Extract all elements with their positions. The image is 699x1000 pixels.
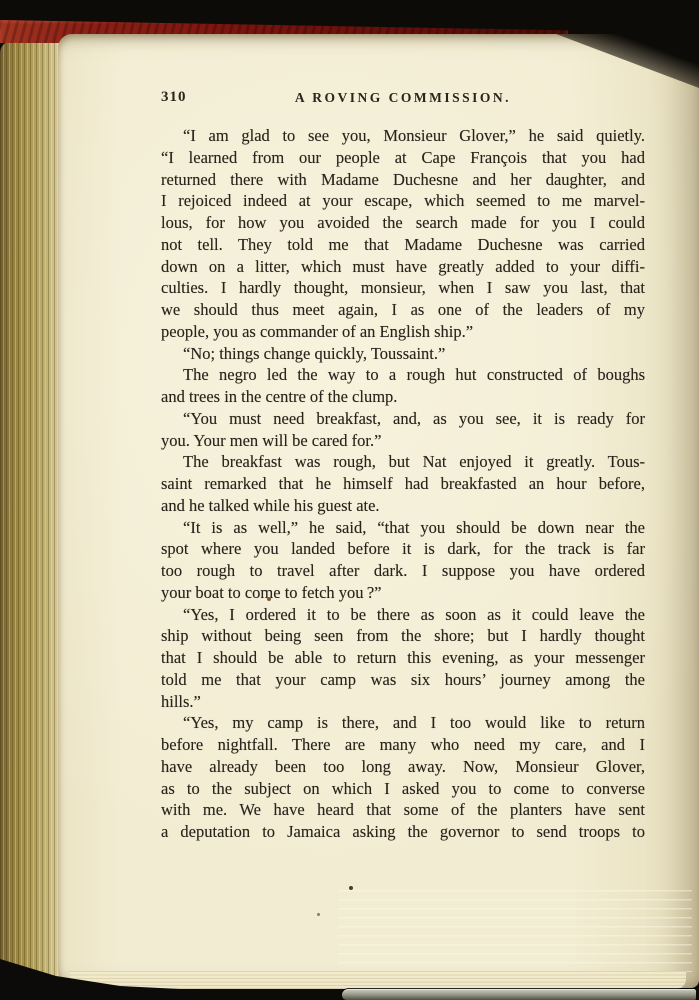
text-line: “Yes, my camp is there, and I too would … <box>161 712 645 734</box>
ink-speck <box>267 597 271 601</box>
text-line: “Yes, I ordered it to be there as soon a… <box>161 604 645 626</box>
text-line: you. Your men will be cared for.” <box>161 430 645 452</box>
text-line: hills.” <box>161 691 645 713</box>
text-line: have already been too long away. Now, Mo… <box>161 756 645 778</box>
page-edge-streaks <box>338 890 692 972</box>
ink-speck <box>317 913 320 916</box>
text-line: told me that your camp was six hours’ jo… <box>161 669 645 691</box>
text-line: down on a litter, which must have greatl… <box>161 256 645 278</box>
text-line: your boat to come to fetch you ?” <box>161 582 645 604</box>
text-line: “No; things change quickly, Toussaint.” <box>161 343 645 365</box>
text-line: culties. I hardly thought, monsieur, whe… <box>161 277 645 299</box>
text-line: before nightfall. There are many who nee… <box>161 734 645 756</box>
text-line: ship without being seen from the shore; … <box>161 625 645 647</box>
text-line: “I am glad to see you, Monsieur Glover,”… <box>161 125 645 147</box>
text-line: lous, for how you avoided the search mad… <box>161 212 645 234</box>
text-line: The negro led the way to a rough hut con… <box>161 364 645 386</box>
book-cradle-bar <box>342 989 696 1000</box>
text-block: “I am glad to see you, Monsieur Glover,”… <box>161 125 645 843</box>
text-line: “You must need breakfast, and, as you se… <box>161 408 645 430</box>
text-line: “It is as well,” he said, “that you shou… <box>161 517 645 539</box>
text-line: saint remarked that he himself had break… <box>161 473 645 495</box>
text-line: spot where you landed before it is dark,… <box>161 538 645 560</box>
text-line: a deputation to Jamaica asking the gover… <box>161 821 645 843</box>
bottom-page-edges <box>70 971 686 989</box>
text-line: and trees in the centre of the clump. <box>161 386 645 408</box>
text-line: The breakfast was rough, but Nat enjoyed… <box>161 451 645 473</box>
text-line: not tell. They told me that Madame Duche… <box>161 234 645 256</box>
text-line: returned there with Madame Duchesne and … <box>161 169 645 191</box>
text-line: as to the subject on which I asked you t… <box>161 778 645 800</box>
text-line: “I learned from our people at Cape Franç… <box>161 147 645 169</box>
book-scan-photo: 310 A ROVING COMMISSION. “I am glad to s… <box>0 0 699 1000</box>
text-line: I rejoiced indeed at your escape, which … <box>161 190 645 212</box>
ink-speck <box>349 886 353 890</box>
text-line: too rough to travel after dark. I suppos… <box>161 560 645 582</box>
text-line: with me. We have heard that some of the … <box>161 799 645 821</box>
text-line: we should thus meet again, I as one of t… <box>161 299 645 321</box>
running-header-title: A ROVING COMMISSION. <box>161 90 645 106</box>
text-line: that I should be able to return this eve… <box>161 647 645 669</box>
text-line: and he talked while his guest ate. <box>161 495 645 517</box>
text-line: people, you as commander of an English s… <box>161 321 645 343</box>
